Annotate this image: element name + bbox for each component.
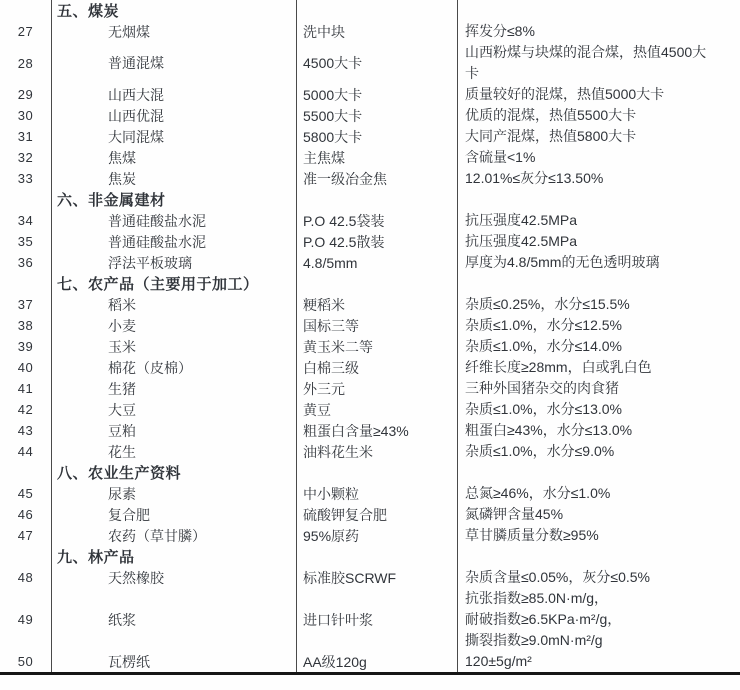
product-grade: 5000大卡 (297, 84, 458, 105)
row-number: 27 (0, 21, 52, 42)
description-line: 杂质≤1.0%，水分≤12.5% (465, 315, 740, 336)
description-line: 总氮≥46%，水分≤1.0% (465, 483, 740, 504)
description-line: 杂质≤1.0%，水分≤9.0% (465, 441, 740, 462)
description-line: 撕裂指数≥9.0mN·m²/g (465, 630, 740, 651)
product-grade: AA级120g (297, 651, 458, 672)
description-line: 厚度为4.8/5mm的无色透明玻璃 (465, 252, 740, 273)
table-row: 47 农药（草甘膦） 95%原药 草甘膦质量分数≥95% (0, 525, 740, 546)
row-number: 40 (0, 357, 52, 378)
row-number: 38 (0, 315, 52, 336)
table-row: 41 生猪 外三元 三种外国猪杂交的肉食猪 (0, 378, 740, 399)
row-number: 44 (0, 441, 52, 462)
section-header-row: 七、农产品（主要用于加工） (0, 273, 740, 294)
description-line: 挥发分≤8% (465, 21, 740, 42)
row-number-cell-empty (0, 189, 52, 210)
product-grade: 4.8/5mm (297, 252, 458, 273)
product-grade: 油料花生米 (297, 441, 458, 462)
table-row: 27 无烟煤 洗中块 挥发分≤8% (0, 21, 740, 42)
row-number: 31 (0, 126, 52, 147)
table-row: 50 瓦楞纸 AA级120g 120±5g/m² (0, 651, 740, 672)
product-description: 三种外国猪杂交的肉食猪 (458, 378, 740, 399)
product-grade: 粗蛋白含量≥43% (297, 420, 458, 441)
product-description: 总氮≥46%，水分≤1.0% (458, 483, 740, 504)
table-row: 36 浮法平板玻璃 4.8/5mm 厚度为4.8/5mm的无色透明玻璃 (0, 252, 740, 273)
product-description: 挥发分≤8% (458, 21, 740, 42)
product-description: 优质的混煤，热值5500大卡 (458, 105, 740, 126)
product-grade: 黄玉米二等 (297, 336, 458, 357)
product-grade: 黄豆 (297, 399, 458, 420)
product-grade: 准一级冶金焦 (297, 168, 458, 189)
product-name: 大豆 (52, 399, 297, 420)
commodity-spec-document: 五、煤炭 27 无烟煤 洗中块 挥发分≤8% 28 普通混煤 4500大卡 山西… (0, 0, 740, 690)
row-number: 46 (0, 504, 52, 525)
row-number-cell-empty (0, 546, 52, 567)
table-row: 43 豆粕 粗蛋白含量≥43% 粗蛋白≥43%，水分≤13.0% (0, 420, 740, 441)
table-row: 32 焦煤 主焦煤 含硫量<1% (0, 147, 740, 168)
description-line: 12.01%≤灰分≤13.50% (465, 168, 740, 189)
product-description: 杂质≤1.0%，水分≤13.0% (458, 399, 740, 420)
description-line: 山西粉煤与块煤的混合煤，热值4500大 (465, 42, 740, 63)
row-number: 35 (0, 231, 52, 252)
section-header-row: 八、农业生产资料 (0, 462, 740, 483)
product-grade: 硫酸钾复合肥 (297, 504, 458, 525)
product-description: 氮磷钾含量45% (458, 504, 740, 525)
spec-cell-empty (297, 273, 458, 294)
table-row: 30 山西优混 5500大卡 优质的混煤，热值5500大卡 (0, 105, 740, 126)
product-description: 杂质≤0.25%，水分≤15.5% (458, 294, 740, 315)
spec-cell-empty (297, 462, 458, 483)
commodity-table: 五、煤炭 27 无烟煤 洗中块 挥发分≤8% 28 普通混煤 4500大卡 山西… (0, 0, 740, 672)
product-description: 杂质≤1.0%，水分≤9.0% (458, 441, 740, 462)
section-title: 五、煤炭 (52, 0, 297, 21)
product-name: 瓦楞纸 (52, 651, 297, 672)
product-grade: 5800大卡 (297, 126, 458, 147)
product-grade: 白棉三级 (297, 357, 458, 378)
row-number: 28 (0, 42, 52, 84)
table-row: 35 普通硅酸盐水泥 P.O 42.5散装 抗压强度42.5MPa (0, 231, 740, 252)
row-number: 43 (0, 420, 52, 441)
description-line: 氮磷钾含量45% (465, 504, 740, 525)
product-description: 大同产混煤，热值5800大卡 (458, 126, 740, 147)
row-number: 49 (0, 588, 52, 651)
product-description: 杂质≤1.0%，水分≤14.0% (458, 336, 740, 357)
product-description: 质量较好的混煤，热值5000大卡 (458, 84, 740, 105)
product-grade: 洗中块 (297, 21, 458, 42)
row-number-cell-empty (0, 273, 52, 294)
product-grade: 国标三等 (297, 315, 458, 336)
table-row: 46 复合肥 硫酸钾复合肥 氮磷钾含量45% (0, 504, 740, 525)
row-number: 41 (0, 378, 52, 399)
section-title: 七、农产品（主要用于加工） (52, 273, 297, 294)
table-row: 49 纸浆 进口针叶浆 抗张指数≥85.0N·m/g，耐破指数≥6.5KPa·m… (0, 588, 740, 651)
product-grade: 主焦煤 (297, 147, 458, 168)
product-description: 120±5g/m² (458, 651, 740, 672)
product-description: 杂质含量≤0.05%，灰分≤0.5% (458, 567, 740, 588)
row-number: 50 (0, 651, 52, 672)
product-description: 粗蛋白≥43%，水分≤13.0% (458, 420, 740, 441)
spec-cell-empty (297, 0, 458, 21)
table-row: 42 大豆 黄豆 杂质≤1.0%，水分≤13.0% (0, 399, 740, 420)
product-name: 普通硅酸盐水泥 (52, 210, 297, 231)
product-description: 抗压强度42.5MPa (458, 231, 740, 252)
product-name: 花生 (52, 441, 297, 462)
table-row: 31 大同混煤 5800大卡 大同产混煤，热值5800大卡 (0, 126, 740, 147)
product-description: 厚度为4.8/5mm的无色透明玻璃 (458, 252, 740, 273)
product-name: 大同混煤 (52, 126, 297, 147)
product-grade: 粳稻米 (297, 294, 458, 315)
product-description: 抗压强度42.5MPa (458, 210, 740, 231)
product-name: 山西优混 (52, 105, 297, 126)
row-number-cell-empty (0, 462, 52, 483)
product-description: 12.01%≤灰分≤13.50% (458, 168, 740, 189)
row-number: 37 (0, 294, 52, 315)
section-title: 六、非金属建材 (52, 189, 297, 210)
product-name: 豆粕 (52, 420, 297, 441)
row-number: 36 (0, 252, 52, 273)
table-row: 38 小麦 国标三等 杂质≤1.0%，水分≤12.5% (0, 315, 740, 336)
description-line: 抗张指数≥85.0N·m/g， (465, 588, 740, 609)
section-header-row: 九、林产品 (0, 546, 740, 567)
description-line: 120±5g/m² (465, 651, 740, 672)
table-row: 45 尿素 中小颗粒 总氮≥46%，水分≤1.0% (0, 483, 740, 504)
product-name: 浮法平板玻璃 (52, 252, 297, 273)
product-name: 普通硅酸盐水泥 (52, 231, 297, 252)
product-name: 普通混煤 (52, 42, 297, 84)
product-grade: 外三元 (297, 378, 458, 399)
description-line: 纤维长度≥28mm，白或乳白色 (465, 357, 740, 378)
product-description: 杂质≤1.0%，水分≤12.5% (458, 315, 740, 336)
row-number: 32 (0, 147, 52, 168)
section-header-row: 六、非金属建材 (0, 189, 740, 210)
description-line: 大同产混煤，热值5800大卡 (465, 126, 740, 147)
product-grade: 4500大卡 (297, 42, 458, 84)
description-line: 质量较好的混煤，热值5000大卡 (465, 84, 740, 105)
product-name: 复合肥 (52, 504, 297, 525)
product-name: 玉米 (52, 336, 297, 357)
row-number: 48 (0, 567, 52, 588)
product-name: 无烟煤 (52, 21, 297, 42)
product-grade: 进口针叶浆 (297, 588, 458, 651)
section-title: 八、农业生产资料 (52, 462, 297, 483)
product-name: 小麦 (52, 315, 297, 336)
description-line: 抗压强度42.5MPa (465, 231, 740, 252)
description-line: 杂质≤0.25%，水分≤15.5% (465, 294, 740, 315)
description-line: 草甘膦质量分数≥95% (465, 525, 740, 546)
row-number: 47 (0, 525, 52, 546)
table-row: 48 天然橡胶 标准胶SCRWF 杂质含量≤0.05%，灰分≤0.5% (0, 567, 740, 588)
description-line: 抗压强度42.5MPa (465, 210, 740, 231)
product-grade: P.O 42.5袋装 (297, 210, 458, 231)
description-line: 三种外国猪杂交的肉食猪 (465, 378, 740, 399)
description-line: 粗蛋白≥43%，水分≤13.0% (465, 420, 740, 441)
description-line: 卡 (465, 63, 740, 84)
row-number: 42 (0, 399, 52, 420)
spec-cell-empty (297, 189, 458, 210)
product-description: 纤维长度≥28mm，白或乳白色 (458, 357, 740, 378)
product-name: 棉花（皮棉） (52, 357, 297, 378)
section-header-row: 五、煤炭 (0, 0, 740, 21)
table-row: 37 稻米 粳稻米 杂质≤0.25%，水分≤15.5% (0, 294, 740, 315)
description-line: 杂质含量≤0.05%，灰分≤0.5% (465, 567, 740, 588)
product-description: 山西粉煤与块煤的混合煤，热值4500大卡 (458, 42, 740, 84)
row-number: 34 (0, 210, 52, 231)
table-row: 33 焦炭 准一级冶金焦 12.01%≤灰分≤13.50% (0, 168, 740, 189)
row-number: 39 (0, 336, 52, 357)
table-bottom-border (0, 672, 740, 675)
product-name: 农药（草甘膦） (52, 525, 297, 546)
product-grade: 标准胶SCRWF (297, 567, 458, 588)
row-number: 29 (0, 84, 52, 105)
row-number-cell-empty (0, 0, 52, 21)
row-number: 30 (0, 105, 52, 126)
description-line: 杂质≤1.0%，水分≤14.0% (465, 336, 740, 357)
description-line: 含硫量<1% (465, 147, 740, 168)
product-name: 纸浆 (52, 588, 297, 651)
product-description: 草甘膦质量分数≥95% (458, 525, 740, 546)
product-grade: 5500大卡 (297, 105, 458, 126)
product-grade: P.O 42.5散装 (297, 231, 458, 252)
product-name: 焦煤 (52, 147, 297, 168)
product-name: 天然橡胶 (52, 567, 297, 588)
product-grade: 95%原药 (297, 525, 458, 546)
table-row: 28 普通混煤 4500大卡 山西粉煤与块煤的混合煤，热值4500大卡 (0, 42, 740, 84)
description-line: 耐破指数≥6.5KPa·m²/g， (465, 609, 740, 630)
description-line: 杂质≤1.0%，水分≤13.0% (465, 399, 740, 420)
product-name: 山西大混 (52, 84, 297, 105)
section-title: 九、林产品 (52, 546, 297, 567)
table-row: 44 花生 油料花生米 杂质≤1.0%，水分≤9.0% (0, 441, 740, 462)
product-name: 稻米 (52, 294, 297, 315)
product-grade: 中小颗粒 (297, 483, 458, 504)
product-description: 含硫量<1% (458, 147, 740, 168)
product-name: 生猪 (52, 378, 297, 399)
description-line: 优质的混煤，热值5500大卡 (465, 105, 740, 126)
table-row: 34 普通硅酸盐水泥 P.O 42.5袋装 抗压强度42.5MPa (0, 210, 740, 231)
product-description: 抗张指数≥85.0N·m/g，耐破指数≥6.5KPa·m²/g，撕裂指数≥9.0… (458, 588, 740, 651)
table-row: 39 玉米 黄玉米二等 杂质≤1.0%，水分≤14.0% (0, 336, 740, 357)
row-number: 33 (0, 168, 52, 189)
table-row: 29 山西大混 5000大卡 质量较好的混煤，热值5000大卡 (0, 84, 740, 105)
spec-cell-empty (297, 546, 458, 567)
product-name: 尿素 (52, 483, 297, 504)
row-number: 45 (0, 483, 52, 504)
table-row: 40 棉花（皮棉） 白棉三级 纤维长度≥28mm，白或乳白色 (0, 357, 740, 378)
product-name: 焦炭 (52, 168, 297, 189)
